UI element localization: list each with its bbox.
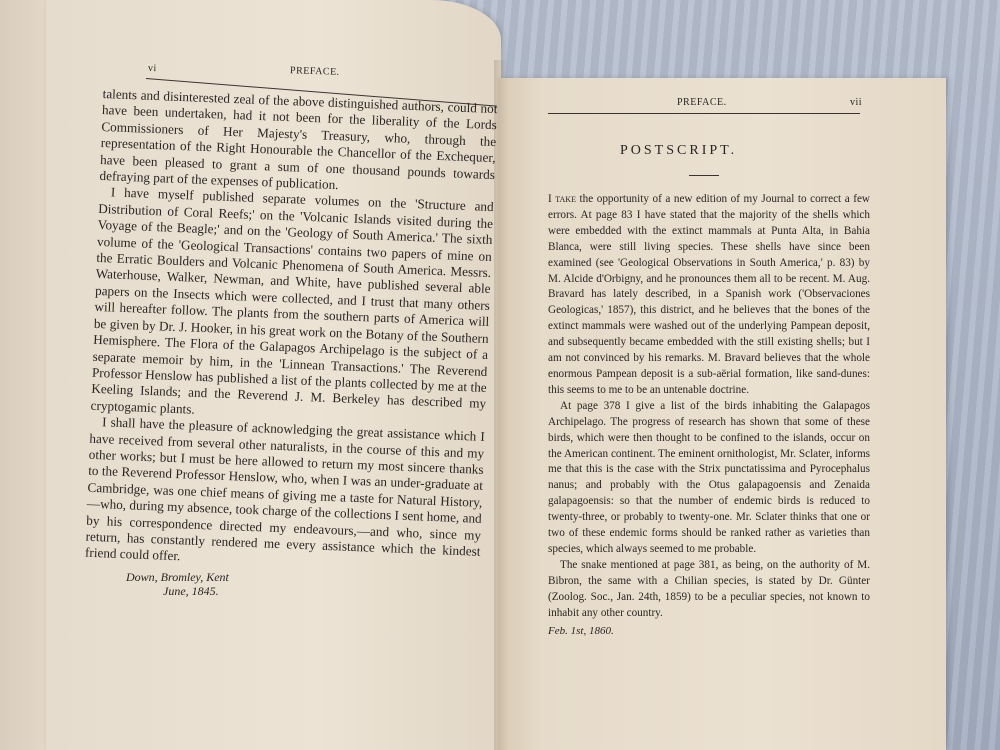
right-running-head: PREFACE. [677, 97, 727, 108]
left-page-body: talents and disinterested zeal of the ab… [85, 86, 498, 577]
right-header-rule [548, 113, 860, 114]
paragraph: I take the opportunity of a new edition … [548, 192, 870, 399]
paragraph: The snake mentioned at page 381, as bein… [548, 558, 870, 622]
left-running-head: PREFACE. [290, 65, 340, 78]
postscript-date: Feb. 1st, 1860. [548, 625, 614, 637]
signature-place: Down, Bromley, Kent [126, 570, 229, 585]
paragraph: I have myself published separate volumes… [90, 184, 494, 429]
postscript-title: POSTSCRIPT. [620, 143, 737, 159]
signature-date: June, 1845. [163, 584, 219, 599]
paragraph: talents and disinterested zeal of the ab… [99, 86, 497, 200]
left-page-number: vi [148, 63, 157, 74]
book-gutter [494, 60, 508, 750]
title-rule [689, 175, 719, 176]
right-page-number: vii [850, 97, 862, 108]
right-page-body: I take the opportunity of a new edition … [548, 192, 870, 621]
drop-first-words: I take [548, 193, 576, 205]
paragraph: I shall have the pleasure of acknowledgi… [85, 414, 485, 577]
paragraph: At page 378 I give a list of the birds i… [548, 399, 870, 558]
